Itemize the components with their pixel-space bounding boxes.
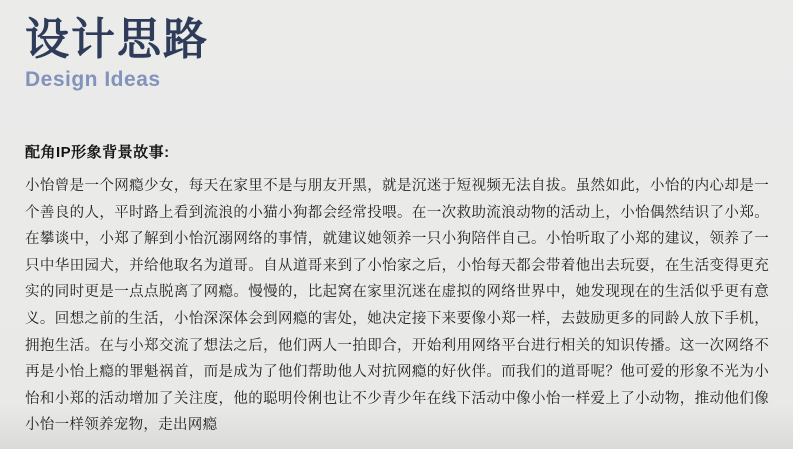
slide-body: 配角IP形象背景故事: 小怡曾是一个网瘾少女，每天在家里不是与朋友开黑，就是沉迷… <box>25 143 769 439</box>
slide-title: 设计思路 <box>25 14 768 66</box>
body-paragraph: 小怡曾是一个网瘾少女，每天在家里不是与朋友开黑，就是沉迷于短视频无法自拔。虽然如… <box>25 173 769 439</box>
body-heading: 配角IP形象背景故事: <box>25 143 769 162</box>
slide-header: 设计思路 Design Ideas <box>0 0 793 92</box>
slide-subtitle: Design Ideas <box>25 68 768 92</box>
presentation-slide: 设计思路 Design Ideas 配角IP形象背景故事: 小怡曾是一个网瘾少女… <box>0 0 793 449</box>
